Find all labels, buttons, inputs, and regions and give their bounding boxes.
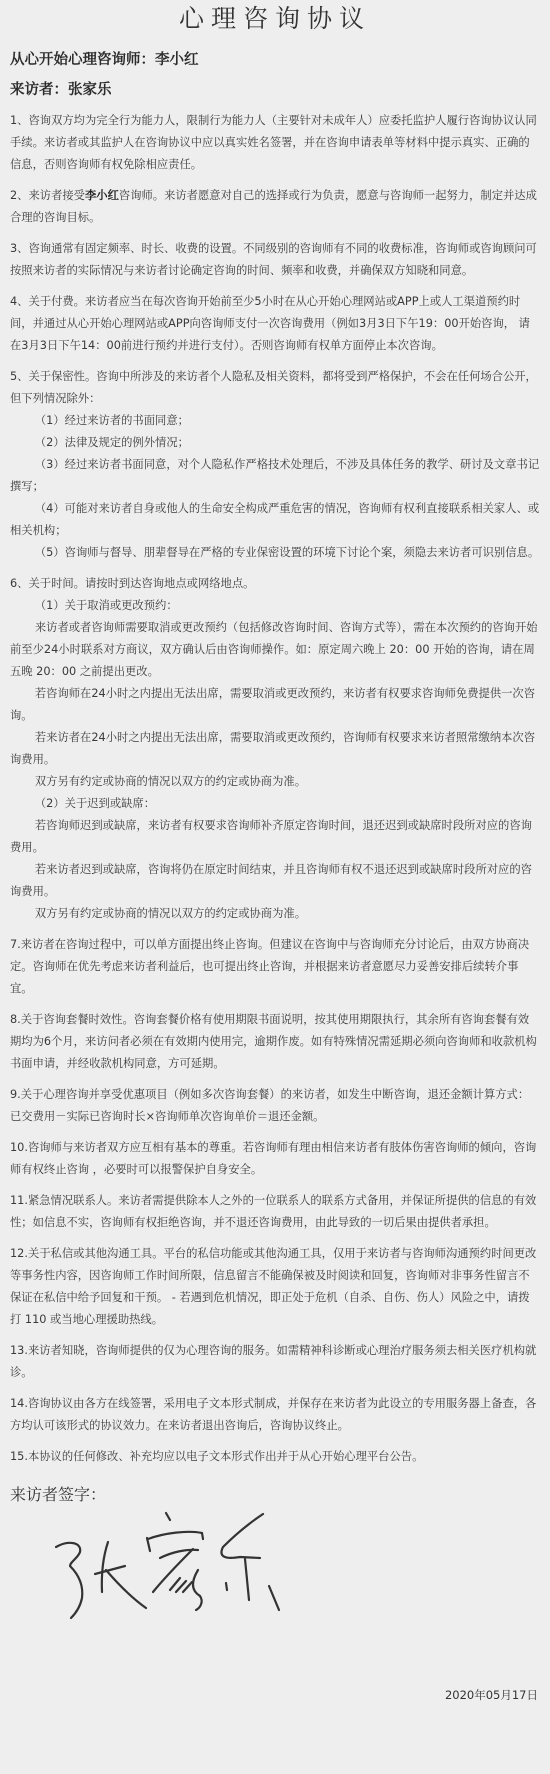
agreement-page: 心理咨询协议 从心开始心理咨询师：李小红 来访者：张家乐 1、咨询双方均为完全行… <box>0 0 550 1508</box>
client-label: 来访者： <box>10 82 68 98</box>
clause-10: 10.咨询师与来访者双方应互相有基本的尊重。若咨询师有理由相信来访者有肢体伤害咨… <box>10 1137 540 1181</box>
counselor-line: 从心开始心理咨询师：李小红 <box>10 50 540 80</box>
clause-7: 7.来访者在咨询过程中，可以单方面提出终止咨询。但建议在咨询中与咨询师充分讨论后… <box>10 934 540 1000</box>
clause-6-paragraph: 若咨询师迟到或缺席，来访者有权要求咨询师补齐原定咨询时间，退还迟到或缺席时段所对… <box>10 815 540 859</box>
clause-11: 11.紧急情况联系人。来访者需提供除本人之外的一位联系人的联系方式备用，并保证所… <box>10 1190 540 1234</box>
clause-5-item: （3）经过来访者书面同意，对个人隐私作严格技术处理后，不涉及具体任务的教学、研讨… <box>10 454 540 498</box>
clause-15: 15.本协议的任何修改、补充均应以电子文本形式作出并于从心开始心理平台公告。 <box>10 1446 540 1468</box>
clause-5-item: （1）经过来访者的书面同意； <box>10 410 540 432</box>
clause-6-subtitle-late: （2）关于迟到或缺席： <box>10 793 540 815</box>
clause-8: 8.关于咨询套餐时效性。咨询套餐价格有使用期限书面说明，按其使用期限执行，其余所… <box>10 1009 540 1075</box>
counselor-name: 李小红 <box>155 52 199 68</box>
clause-5-item: （2）法律及规定的例外情况； <box>10 432 540 454</box>
clause-6-paragraph: 来访者或者咨询师需要取消或更改预约（包括修改咨询时间、咨询方式等），需在本次预约… <box>10 617 540 683</box>
clause-14: 14.咨询协议由各方在线签署，采用电子文本形式制成，并保存在来访者为此设立的专用… <box>10 1393 540 1437</box>
clause-2: 2、来访者接受李小红咨询师。来访者愿意对自己的选择或行为负责，愿意与咨询师一起努… <box>10 185 540 229</box>
clause-5-item: （4）可能对来访者自身或他人的生命安全构成严重危害的情况，咨询师有权利直接联系相… <box>10 498 540 542</box>
client-line: 来访者：张家乐 <box>10 80 540 110</box>
counselor-label: 从心开始心理咨询师： <box>10 52 155 68</box>
clause-5-item: （5）咨询师与督导、朋辈督导在严格的专业保密设置的环境下讨论个案，须隐去来访者可… <box>10 542 540 564</box>
signature-date: 2020年05月17日 <box>445 1687 538 1703</box>
clause-4: 4、关于付费。来访者应当在每次咨询开始前至少5小时在从心开始心理网站或APP上或… <box>10 291 540 357</box>
clause-6-paragraph: 若来访者迟到或缺席，咨询将仍在原定时间结束，并且咨询师有权不退还迟到或缺席时段所… <box>10 859 540 903</box>
clause-6-paragraph: 若来访者在24小时之内提出无法出席，需要取消或更改预约，咨询师有权要求来访者照常… <box>10 727 540 771</box>
handwritten-signature <box>40 1500 300 1630</box>
clause-6-subtitle-cancel: （1）关于取消或更改预约： <box>10 595 540 617</box>
clause-5: 5、关于保密性。咨询中所涉及的来访者个人隐私及相关资料，都将受到严格保护，不会在… <box>10 366 540 410</box>
clause-6-paragraph: 双方另有约定或协商的情况以双方的约定或协商为准。 <box>10 903 540 925</box>
clause-2-text: 2、来访者接受 <box>10 189 85 202</box>
clause-9: 9.关于心理咨询并享受优惠项目（例如多次咨询套餐）的来访者，如发生中断咨询，退还… <box>10 1084 540 1128</box>
clause-3: 3、咨询通常有固定频率、时长、收费的设置。不同级别的咨询师有不同的收费标准，咨询… <box>10 238 540 282</box>
counselor-name-inline: 李小红 <box>85 189 119 202</box>
document-title: 心理咨询协议 <box>10 0 540 42</box>
clause-6-paragraph: 双方另有约定或协商的情况以双方的约定或协商为准。 <box>10 771 540 793</box>
clause-13: 13.来访者知晓，咨询师提供的仅为心理咨询的服务。如需精神科诊断或心理治疗服务须… <box>10 1340 540 1384</box>
client-name: 张家乐 <box>68 82 112 98</box>
clause-1: 1、咨询双方均为完全行为能力人，限制行为能力人（主要针对未成年人）应委托监护人履… <box>10 110 540 176</box>
clause-6: 6、关于时间。请按时到达咨询地点或网络地点。 <box>10 573 540 595</box>
clause-6-paragraph: 若咨询师在24小时之内提出无法出席，需要取消或更改预约，来访者有权要求咨询师免费… <box>10 683 540 727</box>
clause-12: 12.关于私信或其他沟通工具。平台的私信功能或其他沟通工具，仅用于来访者与咨询师… <box>10 1243 540 1331</box>
